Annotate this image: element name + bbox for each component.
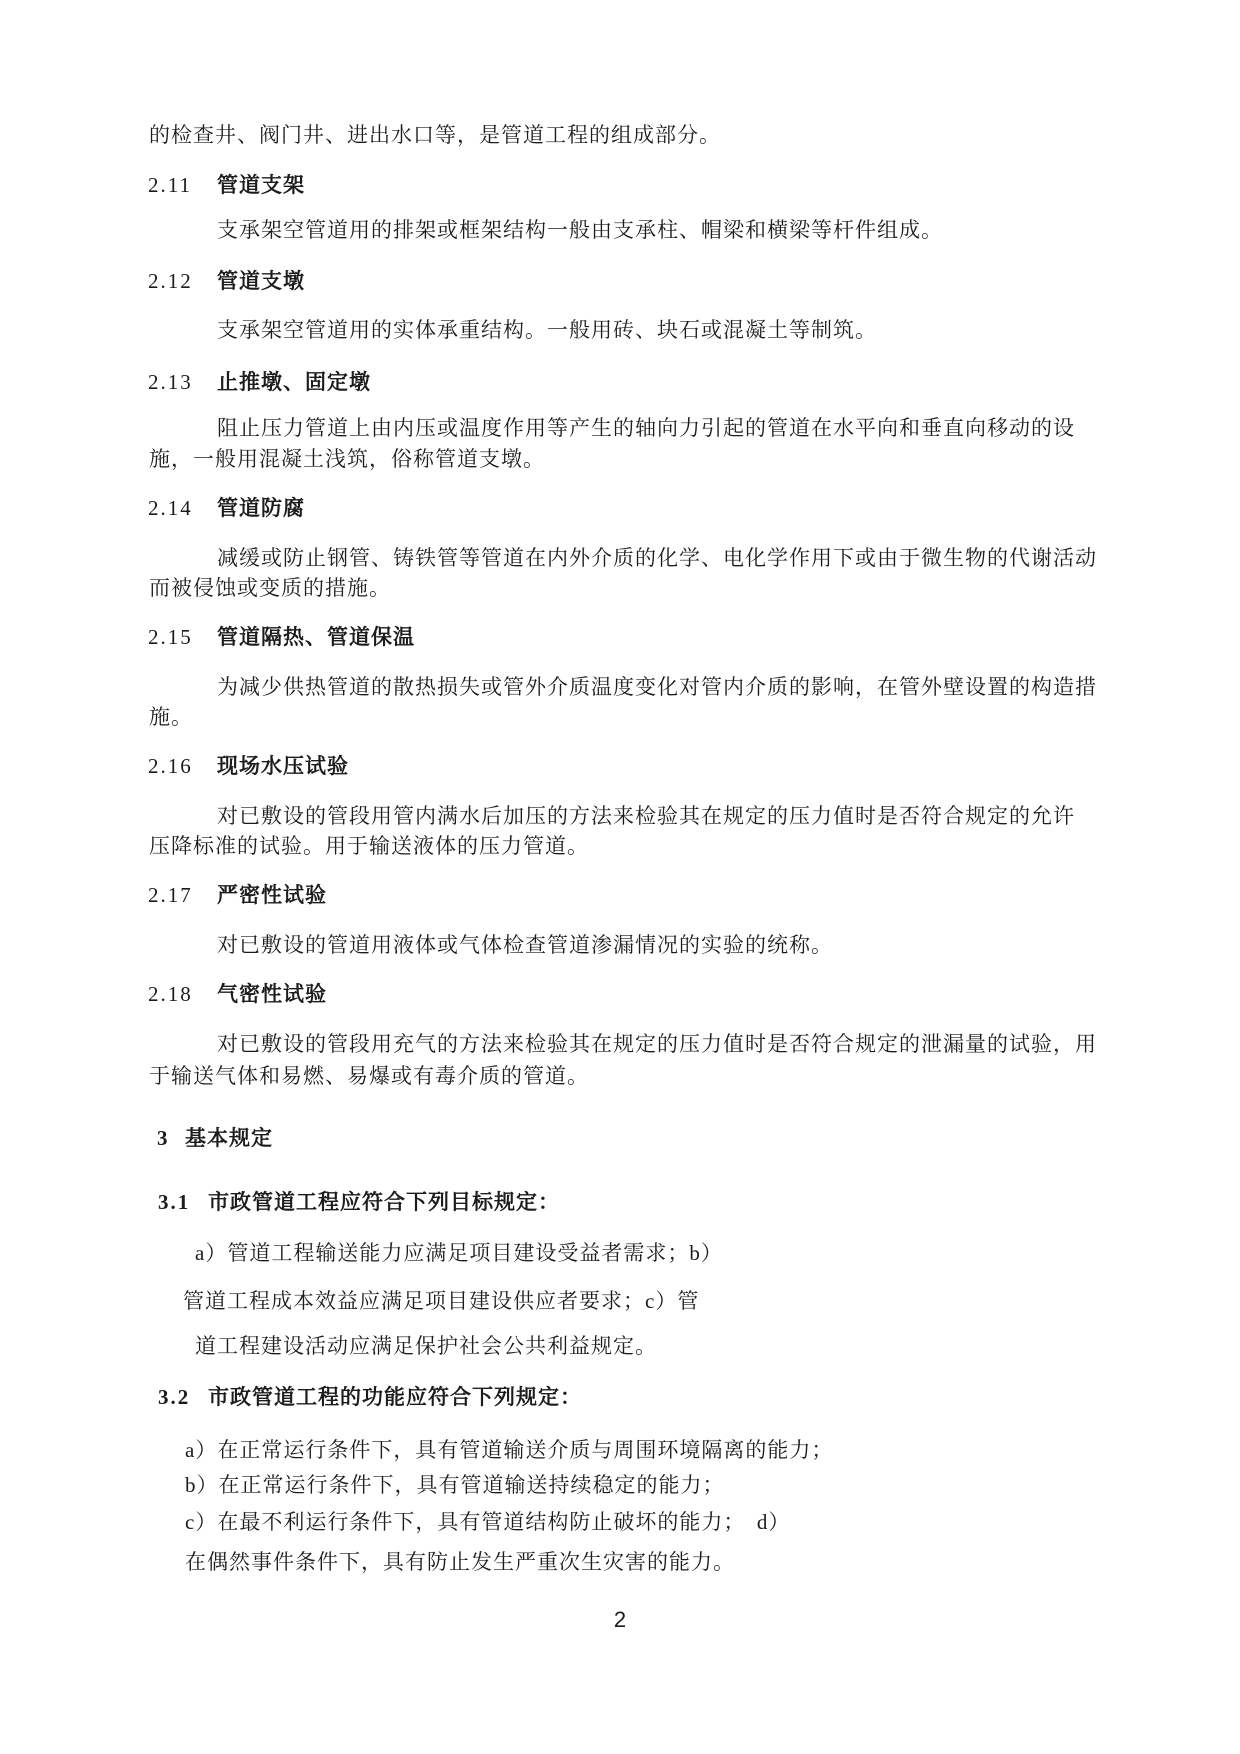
- section-title-2-18: 气密性试验: [217, 982, 327, 1006]
- section-number-2-18: 2.18: [148, 979, 217, 1009]
- section-title-2-15: 管道隔热、管道保温: [217, 625, 415, 649]
- section-title-2-14: 管道防腐: [217, 496, 305, 520]
- section-title-2-12: 管道支墩: [217, 269, 305, 293]
- page-number: 2: [0, 1605, 1240, 1635]
- clause-3-2-item-a: a）在正常运行条件下，具有管道输送介质与周围环境隔离的能力；: [185, 1435, 833, 1465]
- section-title-2-11: 管道支架: [217, 173, 305, 197]
- section-title-2-13: 止推墩、固定墩: [217, 370, 371, 394]
- section-heading-2-13: 2.13止推墩、固定墩: [148, 367, 371, 397]
- chapter-title-3: 基本规定: [185, 1126, 273, 1150]
- section-title-2-16: 现场水压试验: [217, 754, 349, 778]
- chapter-number-3: 3: [157, 1123, 185, 1153]
- clause-3-2-item-d-continuation: 在偶然事件条件下，具有防止发生严重次生灾害的能力。: [185, 1547, 735, 1577]
- paragraph-2-13-line1: 阻止压力管道上由内压或温度作用等产生的轴向力引起的管道在水平向和垂直向移动的设: [217, 413, 1075, 443]
- section-heading-2-18: 2.18气密性试验: [148, 979, 327, 1009]
- section-number-2-16: 2.16: [148, 751, 217, 781]
- section-number-2-14: 2.14: [148, 493, 217, 523]
- paragraph-2-18-line1: 对已敷设的管段用充气的方法来检验其在规定的压力值时是否符合规定的泄漏量的试验，用: [217, 1029, 1097, 1059]
- clause-3-1-item-line1: a）管道工程输送能力应满足项目建设受益者需求；b）: [195, 1238, 723, 1268]
- clause-heading-3-2: 3.2市政管道工程的功能应符合下列规定：: [158, 1382, 582, 1412]
- clause-3-1-item-line3: 道工程建设活动应满足保护社会公共利益规定。: [195, 1331, 657, 1361]
- section-heading-2-12: 2.12管道支墩: [148, 266, 305, 296]
- paragraph-2-15-line2: 施。: [149, 702, 193, 732]
- clause-title-3-1: 市政管道工程应符合下列目标规定：: [208, 1190, 560, 1214]
- clause-number-3-1: 3.1: [158, 1187, 208, 1217]
- paragraph-2-14-line1: 减缓或防止钢管、铸铁管等管道在内外介质的化学、电化学作用下或由于微生物的代谢活动: [217, 543, 1097, 573]
- section-title-2-17: 严密性试验: [217, 883, 327, 907]
- section-number-2-13: 2.13: [148, 367, 217, 397]
- paragraph-2-11: 支承架空管道用的排架或框架结构一般由支承柱、帽梁和横梁等杆件组成。: [217, 215, 943, 245]
- section-heading-2-11: 2.11管道支架: [148, 170, 305, 200]
- section-heading-2-15: 2.15管道隔热、管道保温: [148, 622, 415, 652]
- section-number-2-12: 2.12: [148, 266, 217, 296]
- clause-heading-3-1: 3.1市政管道工程应符合下列目标规定：: [158, 1187, 560, 1217]
- section-heading-2-16: 2.16现场水压试验: [148, 751, 349, 781]
- section-heading-2-17: 2.17严密性试验: [148, 880, 327, 910]
- section-number-2-15: 2.15: [148, 622, 217, 652]
- paragraph-2-12: 支承架空管道用的实体承重结构。一般用砖、块石或混凝土等制筑。: [217, 315, 877, 345]
- chapter-heading-3: 3基本规定: [157, 1123, 273, 1153]
- paragraph-2-13-line2: 施，一般用混凝土浅筑，俗称管道支墩。: [149, 444, 545, 474]
- paragraph-2-16-line2: 压降标准的试验。用于输送液体的压力管道。: [149, 831, 589, 861]
- section-number-2-17: 2.17: [148, 880, 217, 910]
- section-heading-2-14: 2.14管道防腐: [148, 493, 305, 523]
- section-number-2-11: 2.11: [148, 170, 217, 200]
- clause-3-2-item-b: b）在正常运行条件下，具有管道输送持续稳定的能力；: [185, 1470, 725, 1500]
- clause-title-3-2: 市政管道工程的功能应符合下列规定：: [208, 1385, 582, 1409]
- document-page: 的检查井、阀门井、进出水口等，是管道工程的组成部分。 2.11管道支架 支承架空…: [0, 0, 1240, 1754]
- clause-3-2-item-c: c）在最不利运行条件下，具有管道结构防止破坏的能力； d）: [185, 1507, 790, 1537]
- intro-continuation-line: 的检查井、阀门井、进出水口等，是管道工程的组成部分。: [149, 120, 721, 150]
- paragraph-2-18-line2: 于输送气体和易燃、易爆或有毒介质的管道。: [149, 1061, 589, 1091]
- clause-3-1-item-line2: 管道工程成本效益应满足项目建设供应者要求；c）管: [183, 1286, 699, 1316]
- paragraph-2-14-line2: 而被侵蚀或变质的措施。: [149, 573, 391, 603]
- paragraph-2-17: 对已敷设的管道用液体或气体检查管道渗漏情况的实验的统称。: [217, 930, 833, 960]
- paragraph-2-15-line1: 为减少供热管道的散热损失或管外介质温度变化对管内介质的影响，在管外壁设置的构造措: [217, 672, 1097, 702]
- paragraph-2-16-line1: 对已敷设的管段用管内满水后加压的方法来检验其在规定的压力值时是否符合规定的允许: [217, 801, 1075, 831]
- clause-number-3-2: 3.2: [158, 1382, 208, 1412]
